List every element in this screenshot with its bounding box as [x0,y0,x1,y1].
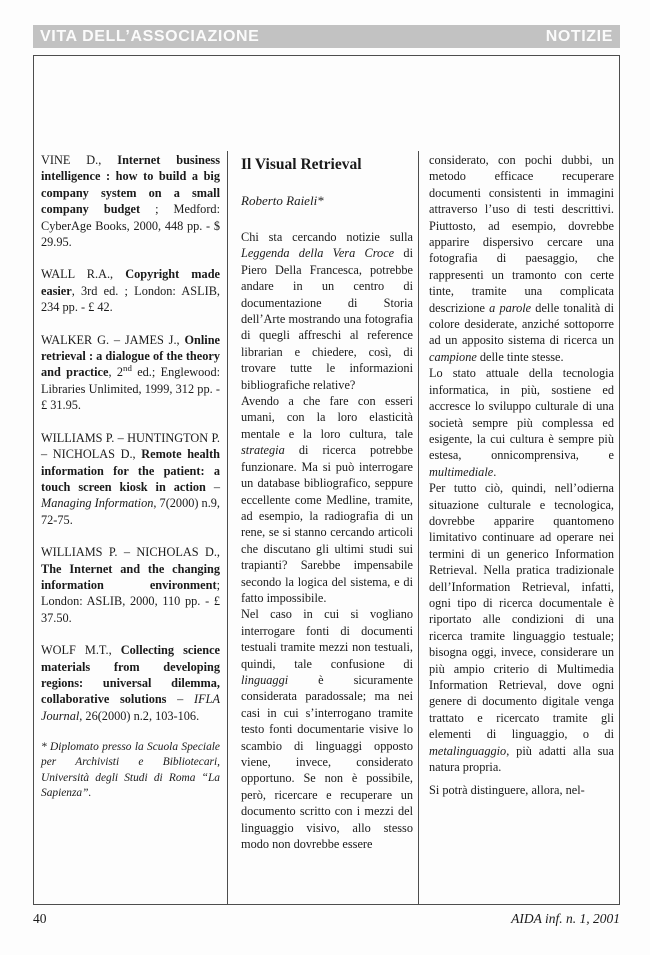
article-author: Roberto Raieli* [241,193,413,209]
page-number: 40 [33,911,47,927]
top-spacer [34,56,619,151]
journal-reference: AIDA inf. n. 1, 2001 [511,911,620,927]
bib-entry: WALKER G. – JAMES J., Online retrieval :… [41,332,220,414]
section-label-right: NOTIZIE [546,28,613,46]
article-paragraph: considerato, con pochi dubbi, un metodo … [429,152,614,365]
bib-entry: WALL R.A., Copyright made easier, 3rd ed… [41,266,220,315]
section-header-bar: VITA DELL’ASSOCIAZIONE NOTIZIE [33,25,620,48]
bib-entry: VINE D., Internet business intelligence … [41,152,220,250]
bibliography-entries: VINE D., Internet business intelligence … [41,152,220,724]
column-article-1: Il Visual Retrieval Roberto Raieli* Chi … [227,151,418,904]
content-box: VINE D., Internet business intelligence … [33,55,620,905]
page-footer: 40 AIDA inf. n. 1, 2001 [33,911,620,927]
bib-entry: WILLIAMS P. – NICHOLAS D., The Internet … [41,544,220,626]
article-body-column-2: considerato, con pochi dubbi, un metodo … [429,152,614,799]
section-label-left: VITA DELL’ASSOCIAZIONE [40,28,259,46]
bib-entry: WOLF M.T., Collecting science materials … [41,642,220,724]
bibliography-footnote: * Diplomato presso la Scuola Speciale pe… [41,740,220,801]
journal-page: VITA DELL’ASSOCIAZIONE NOTIZIE VINE D., … [0,0,650,955]
bib-entry: WILLIAMS P. – HUNTINGTON P. – NICHOLAS D… [41,430,220,528]
article-paragraph: Per tutto ciò, quindi, nell’odierna situ… [429,480,614,775]
article-body-column-1: Chi sta cercando notizie sulla Leggenda … [241,229,413,852]
article-paragraph: Nel caso in cui si vogliano interrogare … [241,606,413,852]
article-paragraph: Lo stato attuale della tecnologia inform… [429,365,614,480]
article-paragraph: Si potrà distinguere, allora, nel- [429,782,614,798]
article-paragraph: Chi sta cercando notizie sulla Leggenda … [241,229,413,393]
column-bibliography: VINE D., Internet business intelligence … [34,151,227,904]
columns-row: VINE D., Internet business intelligence … [34,151,619,904]
column-article-2: considerato, con pochi dubbi, un metodo … [418,151,619,904]
article-paragraph: Avendo a che fare con esseri umani, con … [241,393,413,606]
article-title: Il Visual Retrieval [241,155,413,174]
